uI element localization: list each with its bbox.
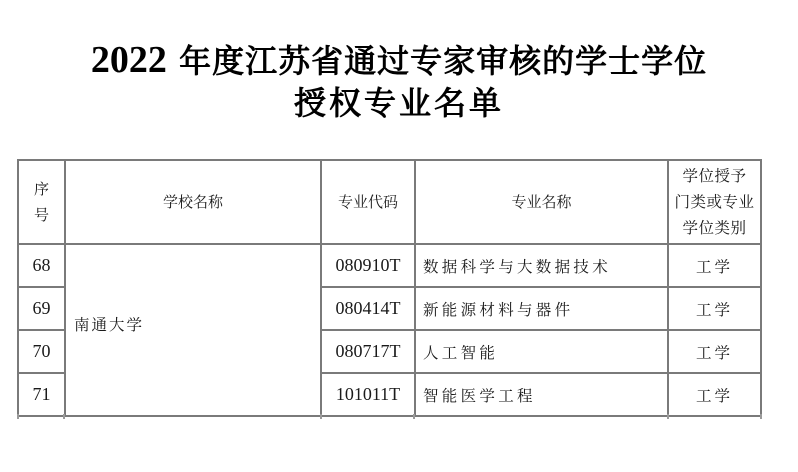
- row-major: 数据科学与大数据技术: [415, 244, 668, 287]
- title-year: 2022: [91, 39, 167, 81]
- row-major: 人工智能: [415, 330, 668, 373]
- degree-program-table: 序 号 学校名称 专业代码 专业名称 学位授予 门类或专业 学位类别 68 南通…: [17, 159, 762, 417]
- school-name-cell: 南通大学: [65, 244, 321, 416]
- school-name: 南通大学: [74, 316, 144, 334]
- row-code: 080414T: [321, 287, 415, 330]
- header-category: 学位授予 门类或专业 学位类别: [668, 160, 761, 244]
- table-continuation-rule: [63, 414, 65, 419]
- header-school: 学校名称: [65, 160, 321, 244]
- header-category-line-3: 学位类别: [669, 215, 760, 241]
- table-continuation-rule: [413, 414, 415, 419]
- table-continuation-rule: [667, 414, 669, 419]
- table-row: 68 南通大学 080910T 数据科学与大数据技术 工学: [18, 244, 761, 287]
- row-seq: 70: [18, 330, 65, 373]
- header-seq-line-1: 序: [19, 176, 64, 202]
- row-major: 新能源材料与器件: [415, 287, 668, 330]
- header-seq-line-2: 号: [19, 202, 64, 228]
- row-category: 工学: [668, 287, 761, 330]
- table-continuation-rule: [17, 414, 19, 419]
- row-category: 工学: [668, 373, 761, 416]
- header-seq: 序 号: [18, 160, 65, 244]
- header-major: 专业名称: [415, 160, 668, 244]
- row-code: 080717T: [321, 330, 415, 373]
- row-seq: 71: [18, 373, 65, 416]
- row-code: 101011T: [321, 373, 415, 416]
- row-seq: 69: [18, 287, 65, 330]
- row-major: 智能医学工程: [415, 373, 668, 416]
- row-category: 工学: [668, 330, 761, 373]
- table-continuation-rule: [760, 414, 762, 419]
- row-category: 工学: [668, 244, 761, 287]
- row-code: 080910T: [321, 244, 415, 287]
- document-title-line-1: 2022 年度江苏省通过专家审核的学士学位: [0, 40, 798, 81]
- table-header-row: 序 号 学校名称 专业代码 专业名称 学位授予 门类或专业 学位类别: [18, 160, 761, 244]
- title-text: 年度江苏省通过专家审核的学士学位: [179, 42, 707, 80]
- header-code: 专业代码: [321, 160, 415, 244]
- header-category-line-2: 门类或专业: [669, 189, 760, 215]
- document-title-line-2: 授权专业名单: [0, 83, 798, 123]
- row-seq: 68: [18, 244, 65, 287]
- header-category-line-1: 学位授予: [669, 163, 760, 189]
- table-continuation-rule: [320, 414, 322, 419]
